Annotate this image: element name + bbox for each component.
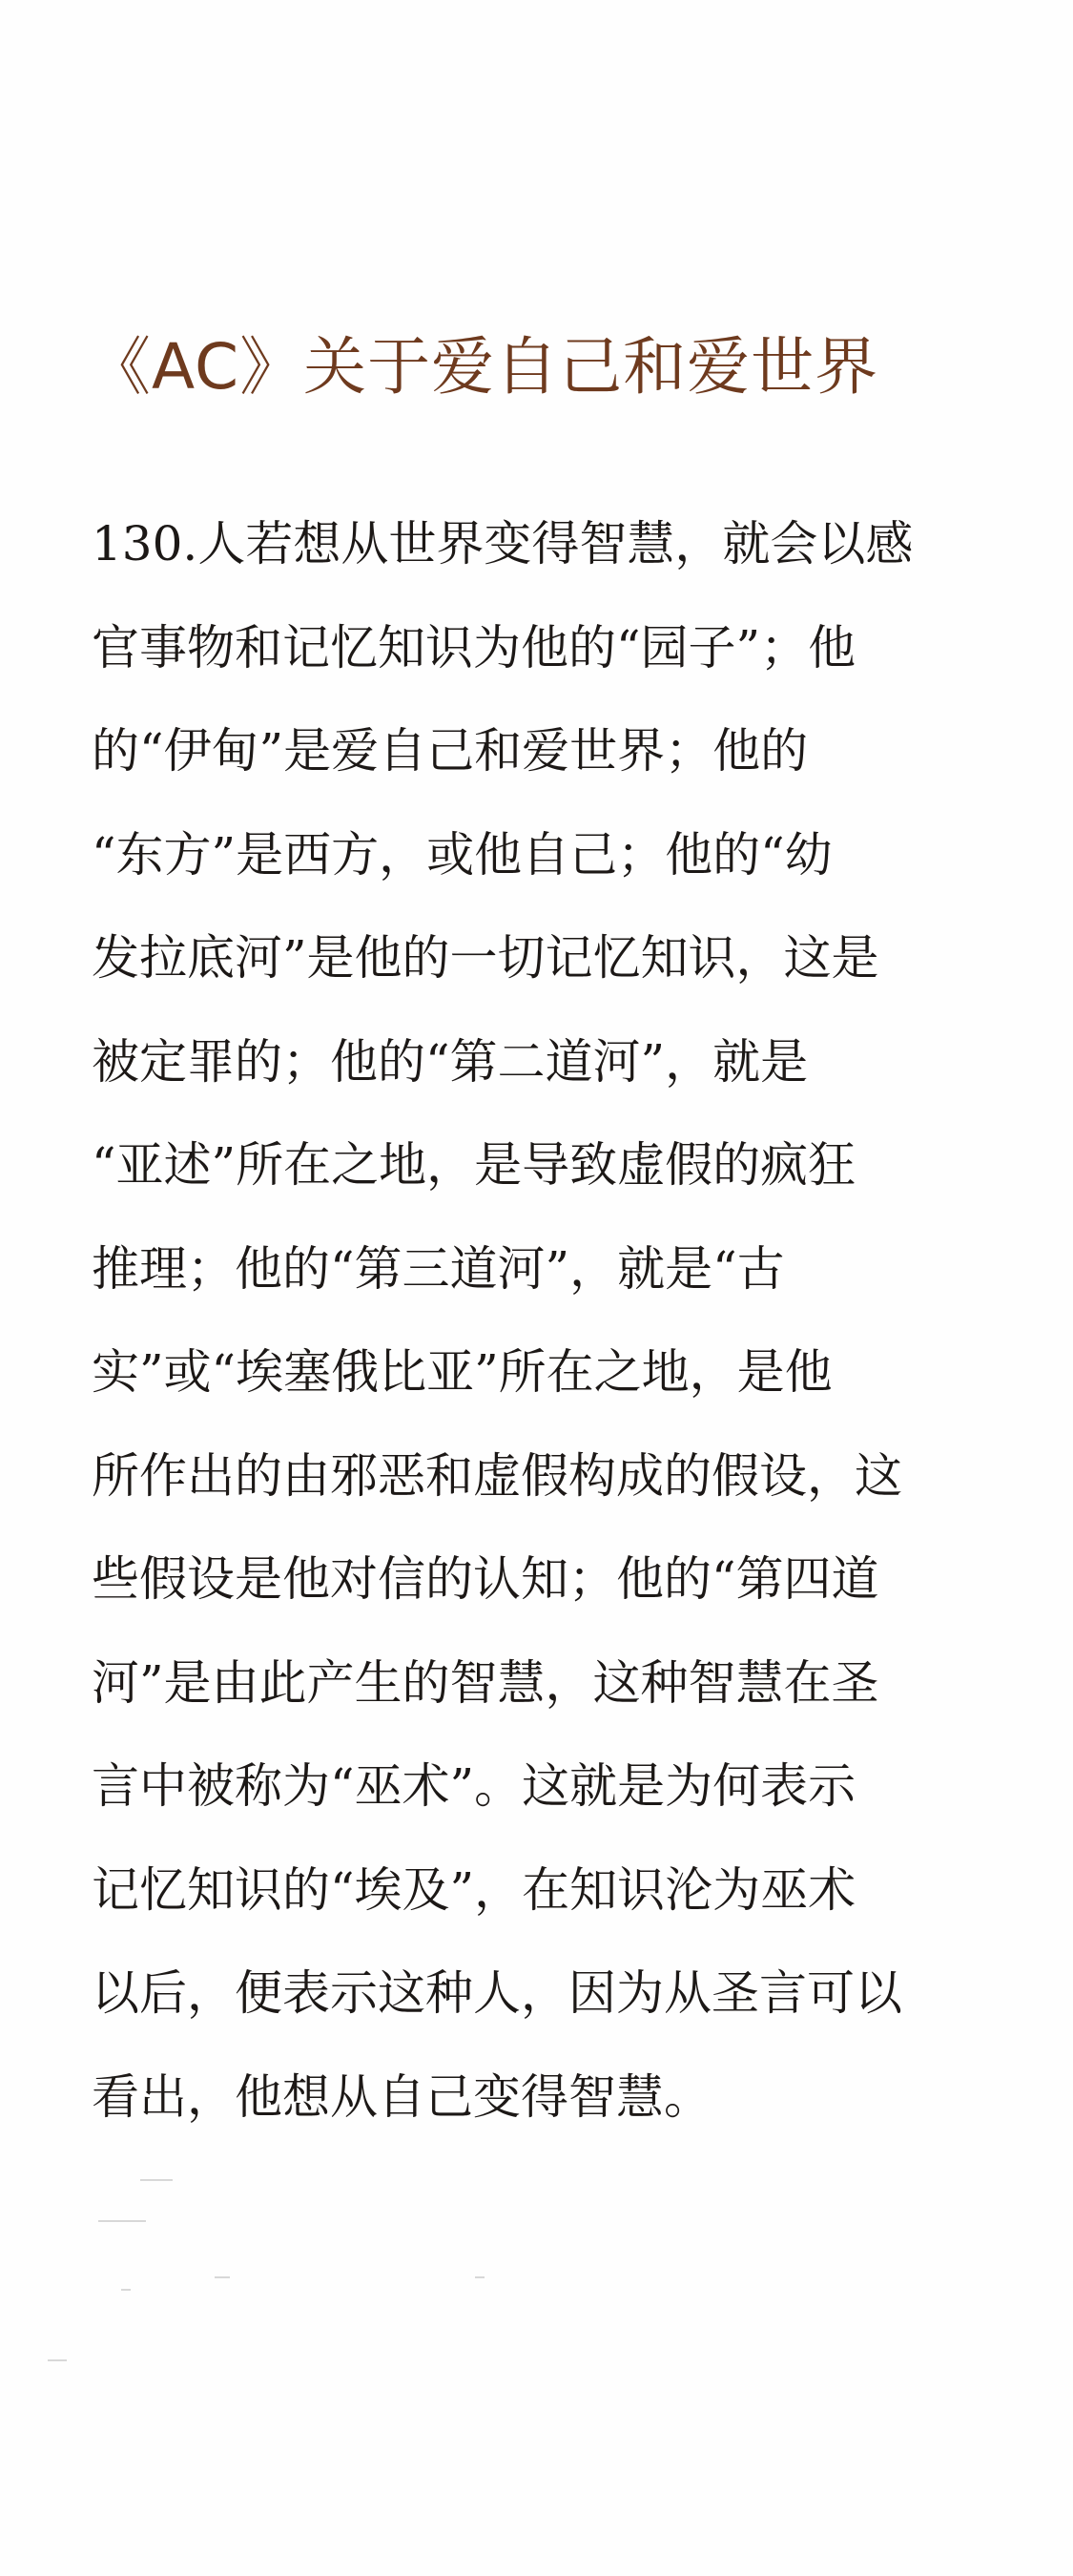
text-line: 言中被称为“巫术”。这就是为何表示 (92, 1735, 983, 1839)
text-line: 记忆知识的“埃及”，在知识沦为巫术 (92, 1839, 983, 1942)
text-line: 推理；他的“第三道河”，就是“古 (92, 1217, 983, 1321)
scan-artifact (121, 2289, 131, 2291)
body-paragraph: 130.人若想从世界变得智慧，就会以感 官事物和记忆知识为他的“园子”；他 的“… (92, 492, 983, 2149)
scan-artifact (475, 2276, 485, 2278)
text-line: “亚述”所在之地，是导致虚假的疯狂 (92, 1113, 983, 1217)
scan-artifact (48, 2359, 67, 2361)
text-line: 130.人若想从世界变得智慧，就会以感 (92, 492, 983, 596)
scan-artifact (215, 2276, 230, 2278)
document-page: 《AC》关于爱自己和爱世界 130.人若想从世界变得智慧，就会以感 官事物和记忆… (0, 0, 1073, 2576)
text-line: “东方”是西方，或他自己；他的“幼 (92, 803, 983, 907)
scan-artifact (140, 2179, 173, 2181)
page-title: 《AC》关于爱自己和爱世界 (88, 324, 878, 410)
text-line: 些假设是他对信的认知；他的“第四道 (92, 1527, 983, 1631)
text-line: 以后，便表示这种人，因为从圣言可以 (92, 1942, 983, 2046)
scan-artifact (98, 2220, 146, 2222)
text-line: 的“伊甸”是爱自己和爱世界；他的 (92, 699, 983, 803)
text-line: 实”或“埃塞俄比亚”所在之地，是他 (92, 1320, 983, 1424)
text-line: 看出，他想从自己变得智慧。 (92, 2046, 983, 2150)
text-line: 发拉底河”是他的一切记忆知识，这是 (92, 906, 983, 1010)
text-line: 河”是由此产生的智慧，这种智慧在圣 (92, 1631, 983, 1735)
text-line: 被定罪的；他的“第二道河”，就是 (92, 1010, 983, 1114)
text-line: 所作出的由邪恶和虚假构成的假设，这 (92, 1424, 983, 1528)
text-line: 官事物和记忆知识为他的“园子”；他 (92, 596, 983, 700)
